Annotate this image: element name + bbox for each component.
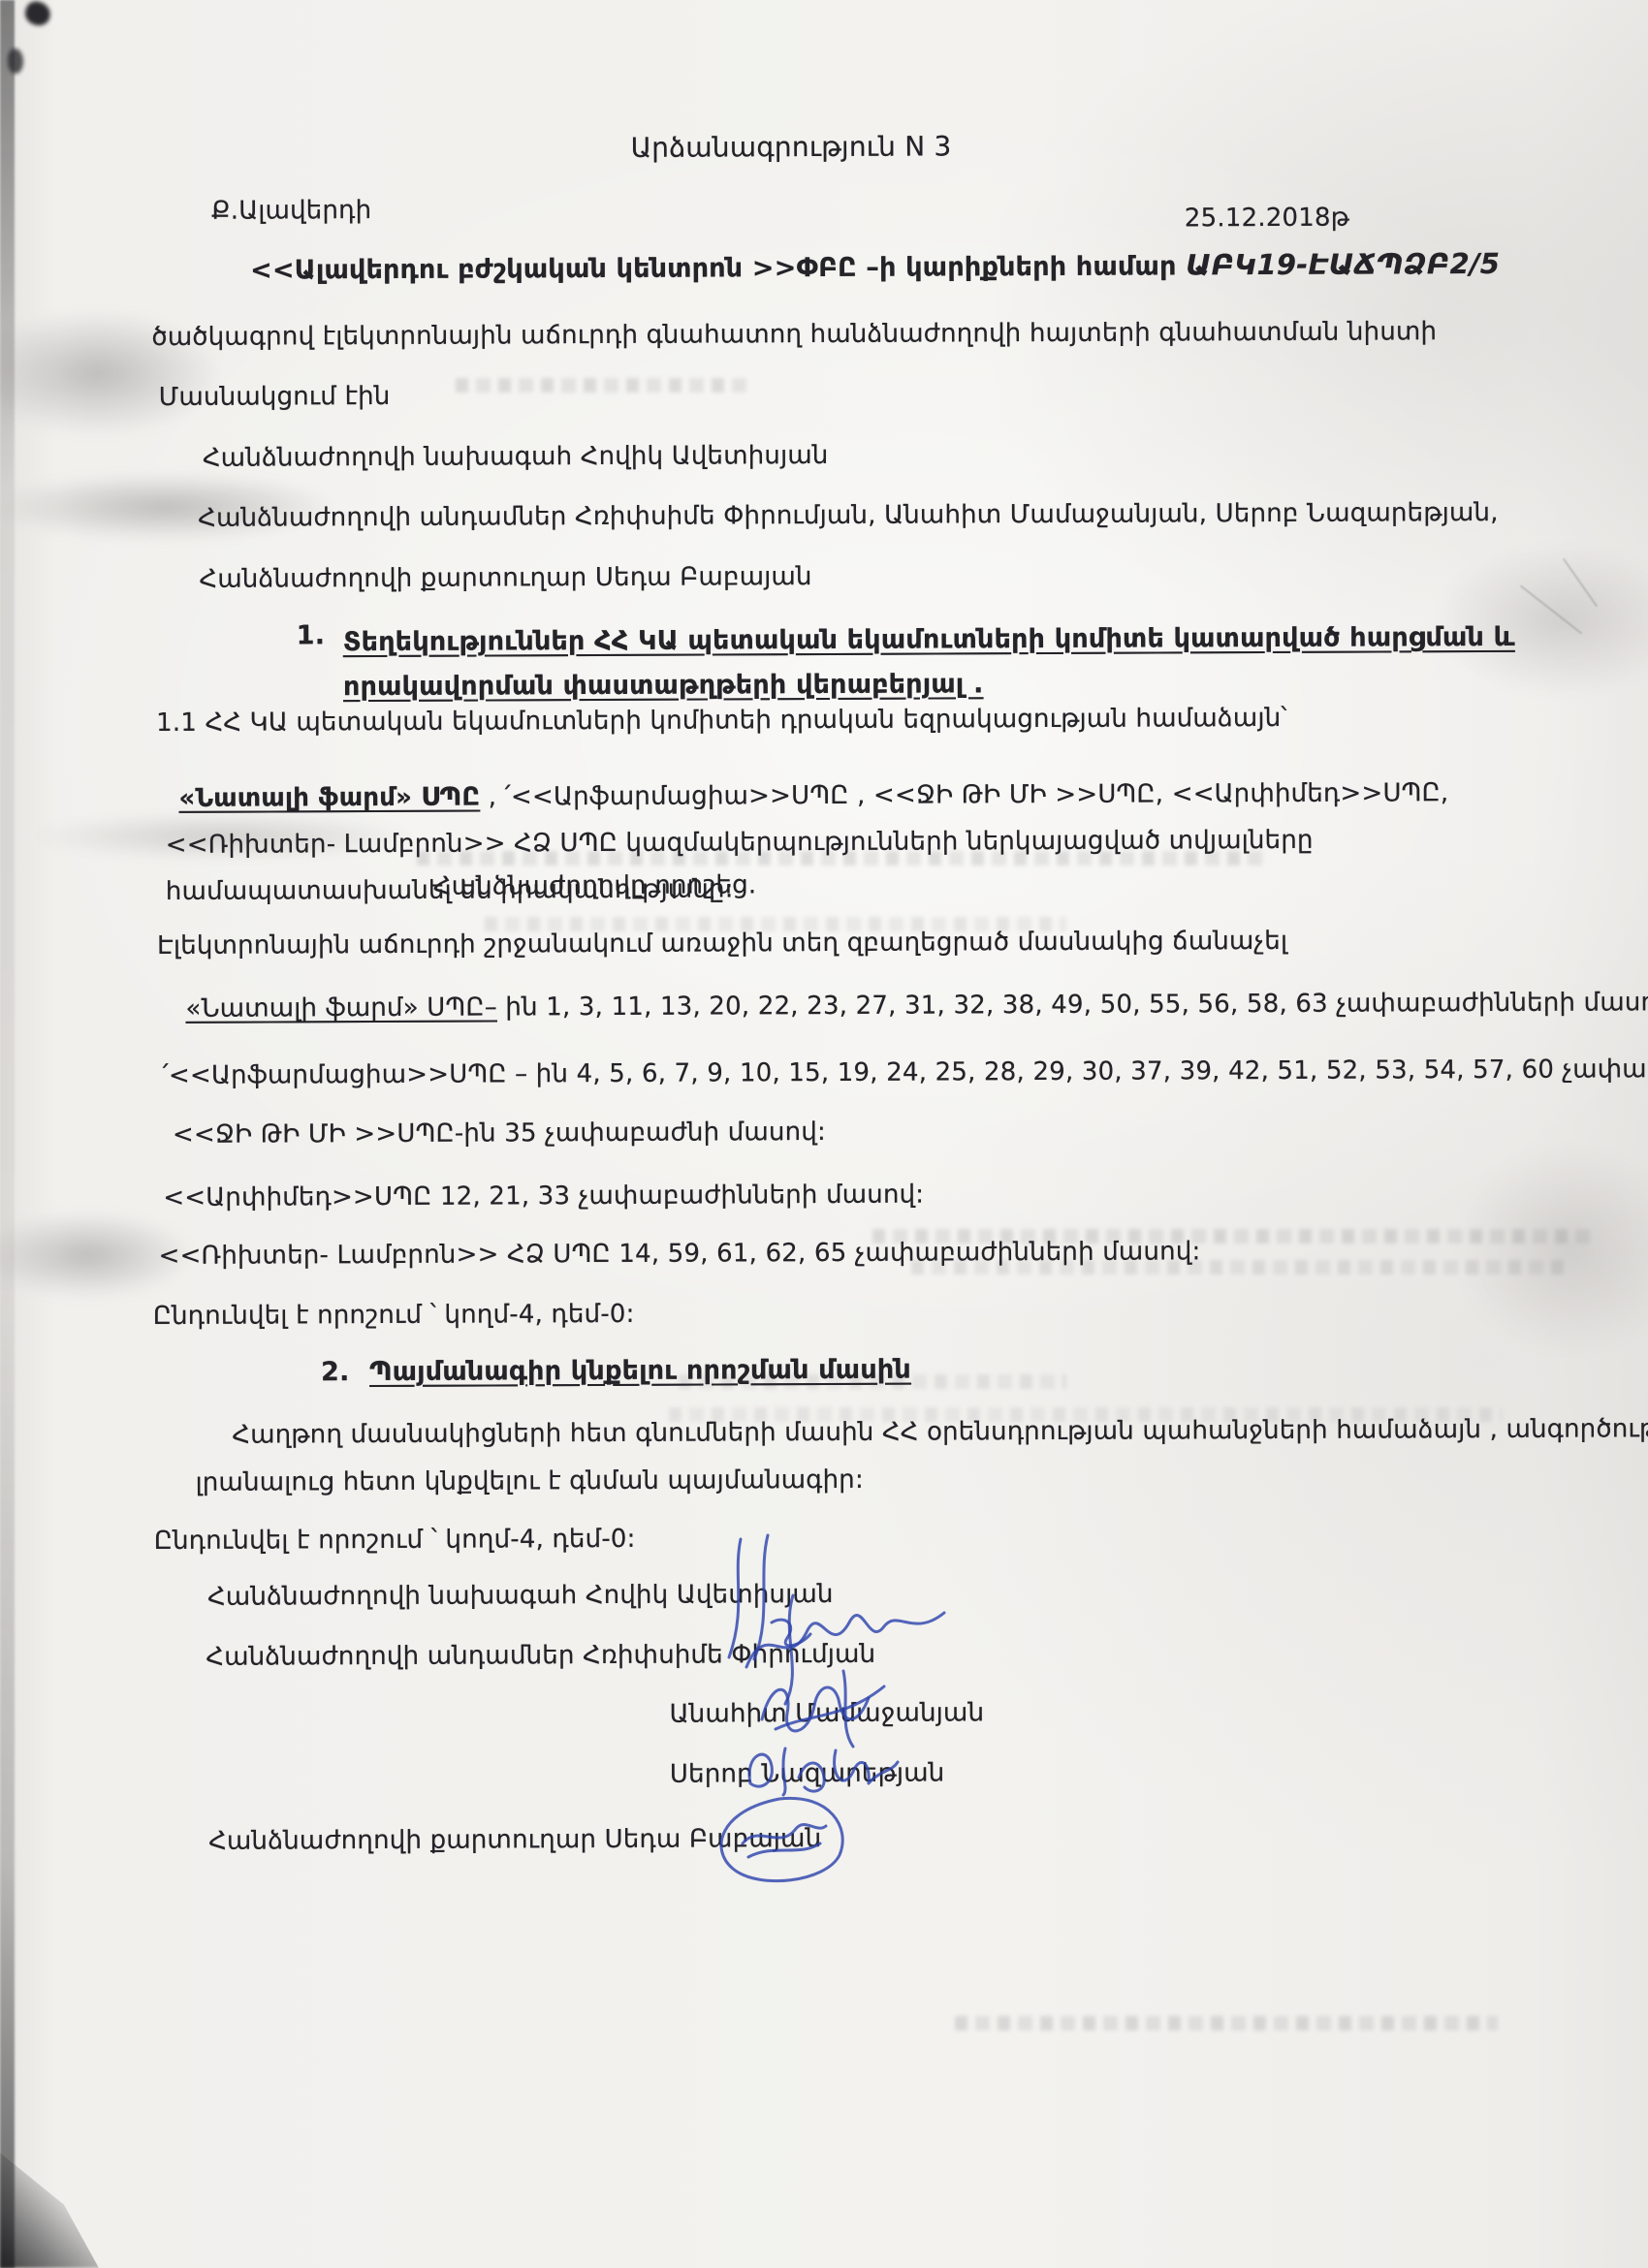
participants-chairman: Հանձնաժողովի նախագահ Հովիկ Ավետիսյան [203,441,829,473]
lot-line: ՛<<Արֆարմացիա>>ՍՊԸ – ին 4, 5, 6, 7, 9, 1… [163,1054,1648,1090]
date-line: 25.12.2018թ [1185,204,1349,234]
document-text-layer: Արձանագրություն N 3 Ք.Ալավերդի 25.12.201… [0,0,1648,2268]
section1-heading: Տեղեկություններ ՀՀ ԿԱ պետական եկամուտներ… [343,615,1531,709]
participants-members: Հանձնաժողովի անդամներ Հռիփսիմե Փիրումյան… [198,498,1499,533]
section2-line2: լրանալուց հետո կնքվելու է գնման պայմանագ… [195,1465,863,1497]
resolved-label: Հանձնաժողովը որոշեց. [433,870,757,900]
procurement-code: ԱԲԿ19-ԷԱՃՊՁԲ2/5 [1186,247,1500,281]
section2-vote: Ընդունվել է որոշում ՝ կողմ-4, դեմ-0: [154,1525,636,1556]
document-title: Արձանագրություն N 3 [630,130,951,163]
company-natali-farm: «Նատալի ֆարմ» ՍՊԸ [178,783,480,813]
lot-company-underlined: «Նատալի ֆարմ» ՍՊԸ– [185,992,497,1023]
lot-line: <<Ռիխտեր- Լամբրոն>> ՀՁ ՍՊԸ 14, 59, 61, 6… [158,1237,1200,1271]
section1-clause: 1.1 ՀՀ ԿԱ պետական եկամուտների կոմիտեի դր… [156,704,1287,738]
section2-number: 2. [321,1357,350,1387]
participants-secretary: Հանձնաժողովի քարտուղար Սեդա Բաբայան [199,562,811,594]
subject-line2: ծածկագրով էլեկտրոնային աճուրդի գնահատող … [151,317,1437,352]
section2-line1: Հաղթող մասնակիցների հետ գնումների մասին … [232,1413,1648,1449]
lot-line: <<ՋԻ ԹԻ ՄԻ >>ՍՊԸ-ին 35 չափաբաժնի մասով: [173,1118,826,1150]
resolved-intro: Էլեկտրոնային աճուրդի շրջանակում առաջին տ… [157,927,1287,961]
subject-heading: <<Ալավերդու բժշկական կենտրոն >>ՓԲԸ –ի կա… [250,247,1500,286]
section1-vote: Ընդունվել է որոշում ՝ կողմ-4, դեմ-0: [153,1300,635,1331]
city-line: Ք.Ալավերդի [211,196,372,226]
secretary-signature-ink [700,1785,865,1897]
lot-line: <<Արփիմեդ>>ՍՊԸ 12, 21, 33 չափաբաժինների … [163,1181,924,1213]
section2-heading: Պայմանագիր կնքելու որոշման մասին [369,1355,911,1387]
lot-line: «Նատալի ֆարմ» ՍՊԸ– ին 1, 3, 11, 13, 20, … [185,988,1648,1024]
section1-companies: «Նատալի ֆարմ» ՍՊԸ , ՛<<Արֆարմացիա>>ՍՊԸ ,… [165,770,1552,915]
subject-prefix: <<Ալավերդու բժշկական կենտրոն >>ՓԲԸ –ի կա… [250,251,1186,285]
scanned-document-screenshot: Արձանագրություն N 3 Ք.Ալավերդի 25.12.201… [0,0,1648,2268]
section1-number: 1. [297,620,326,650]
lot-text: ին 1, 3, 11, 13, 20, 22, 23, 27, 31, 32,… [497,988,1648,1022]
participants-label: Մասնակցում էին [159,382,391,412]
